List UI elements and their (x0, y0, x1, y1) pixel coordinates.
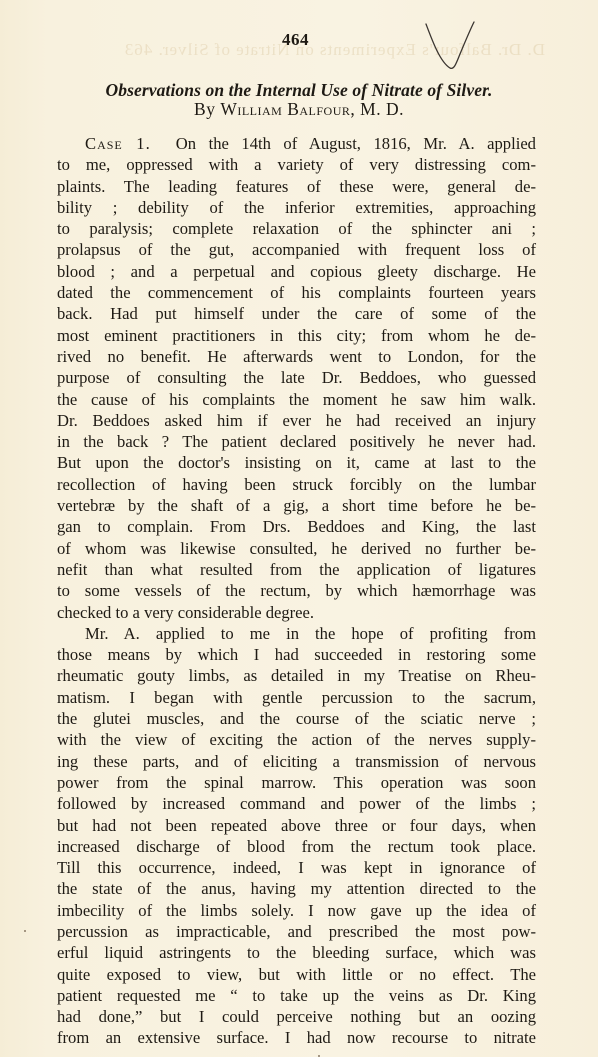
line-text: patient requested me “ to take up the ve… (57, 986, 536, 1005)
text-line: power from the spinal marrow. This opera… (57, 772, 536, 793)
text-line: to some vessels of the rectum, by which … (57, 580, 536, 601)
line-text: of whom was likewise consulted, he deriv… (57, 539, 536, 558)
article-title: Observations on the Internal Use of Nitr… (0, 80, 598, 101)
text-line: nefit than what resulted from the applic… (57, 559, 536, 580)
line-text: the glutei muscles, and the course of th… (57, 709, 536, 728)
text-line: followed by increased command and power … (57, 793, 536, 814)
line-text: But upon the doctor's insisting on it, c… (57, 453, 536, 472)
text-line: dated the commencement of his complaints… (57, 282, 536, 303)
text-line: the state of the anus, having my attenti… (57, 878, 536, 899)
text-line: blood ; and a perpetual and copious glee… (57, 261, 536, 282)
text-line: increased discharge of blood from the re… (57, 836, 536, 857)
text-line: to paralysis; complete relaxation of the… (57, 218, 536, 239)
line-text: recollection of having been struck forci… (57, 475, 536, 494)
line-text: the state of the anus, having my attenti… (57, 879, 536, 898)
line-text: blood ; and a perpetual and copious glee… (57, 262, 536, 281)
line-text: rheumatic gouty limbs, as detailed in my… (57, 666, 536, 685)
text-line: imbecility of the limbs solely. I now ga… (57, 900, 536, 921)
line-text: had done,” but I could perceive nothing … (57, 1007, 536, 1026)
page-number: 464 (282, 30, 309, 50)
text-line: the glutei muscles, and the course of th… (57, 708, 536, 729)
line-text: ing these parts, and of eliciting a tran… (57, 752, 536, 771)
paragraph: Mr. A. applied to me in the hope of prof… (57, 623, 536, 1049)
line-text: prolapsus of the gut, accompanied with f… (57, 240, 536, 259)
paragraph: Case 1. On the 14th of August, 1816, Mr.… (57, 133, 536, 623)
text-line: checked to a very considerable degree. (57, 602, 536, 623)
author-name: William Balfour, (220, 99, 355, 119)
line-text: percussion as impracticable, and prescri… (57, 922, 536, 941)
line-text: quite exposed to view, but with little o… (57, 965, 536, 984)
line-text: imbecility of the limbs solely. I now ga… (57, 901, 536, 920)
line-text: bility ; debility of the inferior extrem… (57, 198, 536, 217)
text-line: plaints. The leading features of these w… (57, 176, 536, 197)
text-line: But upon the doctor's insisting on it, c… (57, 452, 536, 473)
text-line: erful liquid astringents to the bleeding… (57, 942, 536, 963)
text-line: Till this occurrence, indeed, I was kept… (57, 857, 536, 878)
text-line: recollection of having been struck forci… (57, 474, 536, 495)
text-line: matism. I began with gentle percussion t… (57, 687, 536, 708)
handwritten-check-mark-icon (420, 18, 478, 78)
line-text: the cause of his complaints the moment h… (57, 390, 536, 409)
book-page: D. Dr. Balfour's Experiments on Nitrate … (0, 0, 598, 1057)
line-text: but had not been repeated above three or… (57, 816, 536, 835)
text-line: most eminent practitioners in this city;… (57, 325, 536, 346)
text-line: but had not been repeated above three or… (57, 815, 536, 836)
line-text: to paralysis; complete relaxation of the… (57, 219, 536, 238)
text-line: rheumatic gouty limbs, as detailed in my… (57, 665, 536, 686)
line-text: with the view of exciting the action of … (57, 730, 536, 749)
line-text: followed by increased command and power … (57, 794, 536, 813)
line-text: On the 14th of August, 1816, Mr. A. appl… (176, 134, 536, 153)
line-text: to some vessels of the rectum, by which … (57, 581, 536, 600)
line-text: to me, oppressed with a variety of very … (57, 155, 536, 174)
line-text: most eminent practitioners in this city;… (57, 326, 536, 345)
text-line: purpose of consulting the late Dr. Beddo… (57, 367, 536, 388)
line-text: vertebræ by the shaft of a gig, a short … (57, 496, 536, 515)
text-line: of whom was likewise consulted, he deriv… (57, 538, 536, 559)
text-line: the cause of his complaints the moment h… (57, 389, 536, 410)
text-line: Case 1. On the 14th of August, 1816, Mr.… (57, 133, 536, 154)
line-text: from an extensive surface. I had now rec… (57, 1028, 536, 1047)
line-text: Dr. Beddoes asked him if ever he had rec… (57, 411, 536, 430)
text-line: from an extensive surface. I had now rec… (57, 1027, 536, 1048)
byline-prefix: By (194, 99, 215, 119)
line-text: back. Had put himself under the care of … (57, 304, 536, 323)
line-text: dated the commencement of his complaints… (57, 283, 536, 302)
author-degree: M. D. (360, 99, 404, 119)
text-line: with the view of exciting the action of … (57, 729, 536, 750)
text-line: gan to complain. From Drs. Beddoes and K… (57, 516, 536, 537)
line-text: gan to complain. From Drs. Beddoes and K… (57, 517, 536, 536)
line-text: checked to a very considerable degree. (57, 603, 314, 622)
line-text: power from the spinal marrow. This opera… (57, 773, 536, 792)
text-line: patient requested me “ to take up the ve… (57, 985, 536, 1006)
text-line: those means by which I had succeeded in … (57, 644, 536, 665)
line-text: purpose of consulting the late Dr. Beddo… (57, 368, 536, 387)
line-text: matism. I began with gentle percussion t… (57, 688, 536, 707)
line-text: nefit than what resulted from the applic… (57, 560, 536, 579)
text-line: ing these parts, and of eliciting a tran… (57, 751, 536, 772)
text-line: had done,” but I could perceive nothing … (57, 1006, 536, 1027)
article-body: Case 1. On the 14th of August, 1816, Mr.… (57, 133, 536, 1049)
line-text: Mr. A. applied to me in the hope of prof… (85, 624, 536, 643)
line-text: Till this occurrence, indeed, I was kept… (57, 858, 536, 877)
line-text: in the back ? The patient declared posit… (57, 432, 536, 451)
line-text: plaints. The leading features of these w… (57, 177, 536, 196)
line-text: increased discharge of blood from the re… (57, 837, 536, 856)
text-line: to me, oppressed with a variety of very … (57, 154, 536, 175)
line-text: erful liquid astringents to the bleeding… (57, 943, 536, 962)
text-line: Mr. A. applied to me in the hope of prof… (57, 623, 536, 644)
text-line: back. Had put himself under the care of … (57, 303, 536, 324)
text-line: in the back ? The patient declared posit… (57, 431, 536, 452)
text-line: vertebræ by the shaft of a gig, a short … (57, 495, 536, 516)
paper-speck (24, 930, 26, 932)
text-line: quite exposed to view, but with little o… (57, 964, 536, 985)
line-text: those means by which I had succeeded in … (57, 645, 536, 664)
article-byline: By William Balfour, M. D. (0, 99, 598, 120)
text-line: rived no benefit. He afterwards went to … (57, 346, 536, 367)
text-line: bility ; debility of the inferior extrem… (57, 197, 536, 218)
text-line: Dr. Beddoes asked him if ever he had rec… (57, 410, 536, 431)
line-text: rived no benefit. He afterwards went to … (57, 347, 536, 366)
text-line: prolapsus of the gut, accompanied with f… (57, 239, 536, 260)
text-line: percussion as impracticable, and prescri… (57, 921, 536, 942)
case-label: Case 1. (85, 134, 151, 153)
